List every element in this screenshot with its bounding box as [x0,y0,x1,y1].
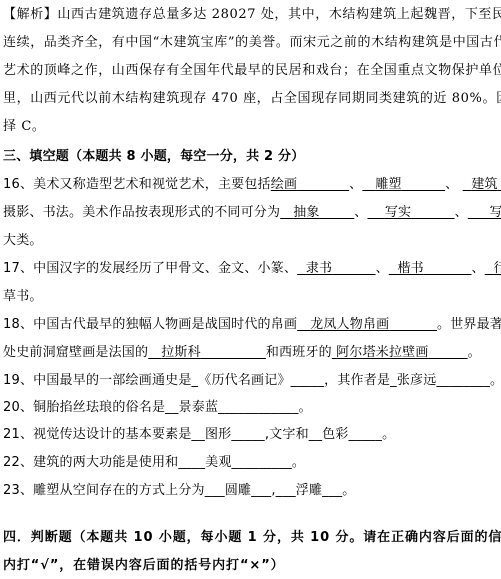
q17-answer-2: 楷书 [389,261,472,276]
q18-answer-3: 阿尔塔米拉壁画 [332,345,468,360]
q17-answer-3: 行书 [485,261,501,276]
q16-answer-5: 写实 [367,205,454,220]
q17-line-1: 17、中国汉字的发展经历了甲骨文、金文、小篆、 隶书 、 楷书 、 行书 、 [3,261,501,277]
analysis-line-3: 艺术的顶峰之作，山西保存有全国年代最早的民居和戏台；在全国重点文物保护单位的目录 [3,63,501,79]
analysis-line-2: 连续，品类齐全，有中国“木建筑宝库”的美誉。而宋元之前的木结构建筑是中国古代建筑 [3,35,501,51]
q16-answer-2: 雕塑 [362,177,445,192]
question-20: 20、铜胎掐丝珐琅的俗名是__景泰蓝____________。 [3,400,312,416]
q18-line-1: 18、中国古代最早的独幅人物画是战国时代的帛画 龙凤人物帛画 。世界最著名的两 [3,317,501,333]
q16-answer-1: 绘画 [271,177,349,192]
q17-answer-1: 隶书 [297,261,375,276]
analysis-line-4: 里，山西元代以前木结构建筑现存 470 座，占全国现存同期同类建筑的近 80%。… [3,91,501,107]
analysis-line-5: 择 C。 [3,119,45,135]
q16-line-1: 16、美术又称造型艺术和视觉艺术，主要包括绘画 、 雕塑 、 建筑 、设计、 [3,177,501,193]
section-4-line-1: 四．判断题（本题共 10 小题，每小题 1 分，共 10 分。请在正确内容后面的… [3,530,501,546]
q18-answer-1: 龙凤人物帛画 [297,317,437,332]
q17-line-2: 草书。 [3,289,43,305]
q16-line-2: 摄影、书法。美术作品按表现形式的不同可分为 抽象 、 写实 、 写意 三 [3,205,501,221]
question-22: 22、建筑的两大功能是使用和____美观_________。 [3,455,305,471]
q16-line-3: 大类。 [3,233,43,249]
q18-answer-2: 拉斯科 [148,345,266,360]
q16-answer-3: 建筑 [463,177,501,192]
q16-prompt: 16、美术又称造型艺术和视觉艺术，主要包括 [3,177,271,192]
question-23: 23、雕塑从空间存在的方式上分为___圆雕___,___浮雕___。 [3,483,355,499]
q16-answer-6: 写意 [468,205,501,220]
analysis-line-1: 【解析】山西古建筑遗存总量多达 28027 处，其中，木结构建筑上起魏晋，下至民… [3,7,501,23]
q18-line-2: 处史前洞窟壁画是法国的 拉斯科 和西班牙的 阿尔塔米拉壁画 。 [3,345,481,361]
question-21: 21、视觉传达设计的基本要素是__图形_____,文字和__色彩_____。 [3,427,395,443]
section-4-line-2: 内打“√”，在错误内容后面的括号内打“×”） [3,558,285,574]
section-3-title: 三、填空题（本题共 8 小题，每空一分，共 2 分） [3,149,304,165]
q16-answer-4: 抽象 [280,205,354,220]
question-19: 19、中国最早的一部绘画通史是_《历代名画记》_____，其作者是_张彦远___… [3,373,501,389]
